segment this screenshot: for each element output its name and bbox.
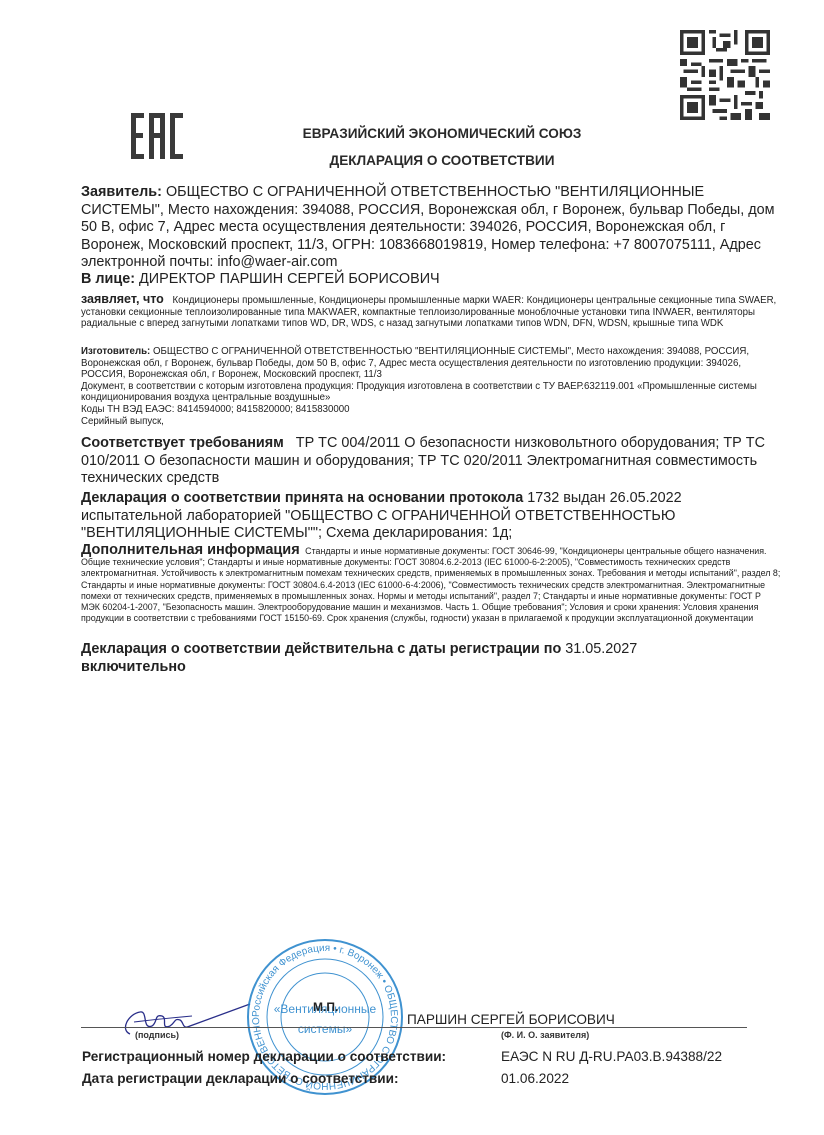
serial-production: Серийный выпуск, [81,416,781,428]
applicant-label: Заявитель: [81,184,162,200]
in-person-text: ДИРЕКТОР ПАРШИН СЕРГЕЙ БОРИСОВИЧ [139,271,440,287]
basis-section: Декларация о соответствии принята на осн… [81,490,781,543]
manufacturer-document: Документ, в соответствии с которым изгот… [81,381,781,404]
declares-section: заявляет, что Кондиционеры промышленные,… [81,294,781,330]
declares-text: Кондиционеры промышленные, Кондиционеры … [81,295,776,329]
signature-icon [110,1000,260,1040]
basis-label: Декларация о соответствии принята на осн… [81,490,523,506]
validity-date: 31.05.2027 [565,641,637,657]
applicant-section: Заявитель: ОБЩЕСТВО С ОГРАНИЧЕННОЙ ОТВЕТ… [81,184,781,272]
registration-number: ЕАЭС N RU Д-RU.РА03.В.94388/22 [501,1049,722,1064]
stamp-center-line2: системы» [298,1022,353,1036]
seal-place-label: М.П. [313,1000,338,1014]
additional-info-text: Стандарты и иные нормативные документы: … [81,546,780,623]
additional-info-label: Дополнительная информация [81,542,300,558]
hs-codes: Коды ТН ВЭД ЕАЭС: 8414594000; 8415820000… [81,404,781,416]
in-person-label: В лице: [81,271,135,287]
registration-number-label: Регистрационный номер декларации о соотв… [82,1049,446,1064]
manufacturer-section: Изготовитель: ОБЩЕСТВО С ОГРАНИЧЕННОЙ ОТ… [81,346,781,427]
signature-caption: (подпись) [135,1030,179,1040]
declares-label: заявляет, что [81,292,164,306]
qr-code-icon [680,30,770,120]
registration-date-label: Дата регистрации декларации о соответств… [82,1071,399,1086]
validity-section: Декларация о соответствии действительна … [81,641,781,676]
signatory-name: ПАРШИН СЕРГЕЙ БОРИСОВИЧ [402,1012,824,1027]
fio-caption: (Ф. И. О. заявителя) [501,1030,589,1040]
manufacturer-label: Изготовитель: [81,346,150,357]
conforms-section: Соответствует требованиям ТР ТС 004/2011… [81,435,781,488]
validity-label: Декларация о соответствии действительна … [81,641,561,657]
registration-date: 01.06.2022 [501,1071,569,1086]
signature-line [81,1027,747,1028]
manufacturer-text: ОБЩЕСТВО С ОГРАНИЧЕННОЙ ОТВЕТСТВЕННОСТЬЮ… [81,346,749,380]
conforms-label: Соответствует требованиям [81,435,284,451]
union-title: ЕВРАЗИЙСКИЙ ЭКОНОМИЧЕСКИЙ СОЮЗ [0,126,824,141]
validity-suffix: включительно [81,659,186,675]
applicant-text: ОБЩЕСТВО С ОГРАНИЧЕННОЙ ОТВЕТСТВЕННОСТЬЮ… [81,184,775,270]
additional-info-section: Дополнительная информация Стандарты и ин… [81,545,781,624]
document-title: ДЕКЛАРАЦИЯ О СООТВЕТСТВИИ [0,153,824,168]
in-person-section: В лице: ДИРЕКТОР ПАРШИН СЕРГЕЙ БОРИСОВИЧ [81,271,781,289]
